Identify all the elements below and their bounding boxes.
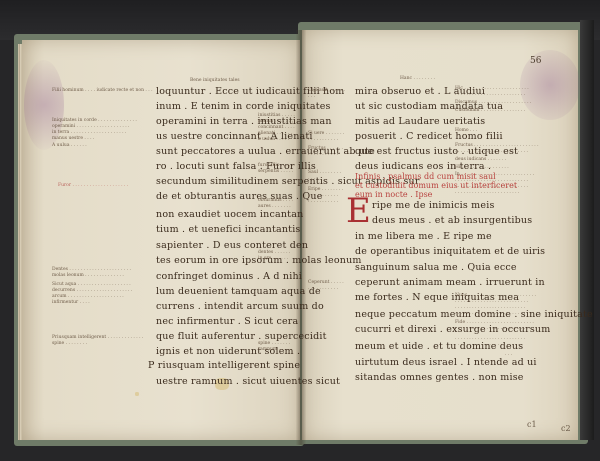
gloss: spine . . . . . . . . xyxy=(52,341,87,346)
gloss: ramnum . . . . . xyxy=(258,347,291,352)
gloss: . . . . . . . . . . . . . . . . . . . . … xyxy=(455,190,519,195)
gloss: In . . . . . . . . . . . . . . . . . . .… xyxy=(455,172,534,177)
text-line: ripe me de inimicis meis xyxy=(372,200,495,211)
gloss: . . . . . . . . . . . xyxy=(308,199,338,204)
text-line: currens . intendit arcum suum do xyxy=(156,301,324,312)
text-line: lum deuenient tamquam aqua de xyxy=(156,286,321,297)
right-cover-edge xyxy=(580,20,594,440)
gloss: Sicut aqua . . . . . . . . . . . . . . .… xyxy=(52,282,131,287)
gloss: obturantis . . . . xyxy=(258,198,293,203)
gloss: Hic . . . . . . . . . . . . . . . . xyxy=(455,165,509,170)
gloss: Eripe . . . . . . . . xyxy=(308,187,343,192)
gloss: . . . xyxy=(308,176,315,181)
text-line: P riusquam intelligerent spine xyxy=(148,360,300,371)
gloss: in ore . . . . . . xyxy=(258,256,288,261)
gloss: manus uestre . . . . xyxy=(52,136,94,141)
text-line: uirtutum deus israel . I ntende ad ui xyxy=(355,357,537,368)
gloss: Hanc . . . . . . . . xyxy=(400,76,435,81)
gloss: . . . . . . . . . . . . . . . . . . . . … xyxy=(455,311,525,316)
gloss: . . . . . . . . . . . . . . . . . . . . … xyxy=(455,336,525,341)
gloss: Furor . . . . . . . . . . . . . . . . . … xyxy=(58,183,128,188)
gloss: . . . . . . . . . . . xyxy=(308,137,338,142)
gloss: Nunc . . . . . . . . . . . . . . . . . .… xyxy=(455,293,536,298)
gloss: operamini . . . . . . . . . . . . . . . … xyxy=(52,124,130,129)
gloss: Dentes . . . . . . . . . . . . . . . . .… xyxy=(52,267,131,272)
gloss: Priusquam intelligerent . . . . . . . . … xyxy=(52,335,143,340)
gloss: . . . . . . . . . . . . . . . . . . . . … xyxy=(455,326,525,331)
text-line: confringet dominus . A d nihi xyxy=(156,271,302,282)
text-line: posuerit . C redicet homo filii xyxy=(355,131,503,142)
gloss: Discamus . . . . . . . . . . . . . . . .… xyxy=(455,100,531,105)
gloss: . . . . . . . . . . . xyxy=(308,286,338,291)
gloss: Filii hominum . . . . iudicate recte et … xyxy=(52,88,153,93)
gloss: Saul . . . . . . . . xyxy=(308,170,341,175)
gloss: Bene iniquitates tales xyxy=(190,78,240,83)
text-line: mitis ad Laudare ueritatis xyxy=(355,116,485,127)
gloss: . . . . . . . . . . . . . . . . . . . . … xyxy=(455,305,525,310)
text-line: operamini in terra . iniustitias man xyxy=(156,116,332,127)
gloss: Si uere . . . . . . . xyxy=(308,131,344,136)
text-line: de operantibus iniquitatem et de uiris xyxy=(355,246,545,257)
text-line: in me libera me . E ripe me xyxy=(355,231,492,242)
gloss: Iniquitates in corde . . . . . . . . . .… xyxy=(52,118,137,123)
corner-mark: c2 xyxy=(561,424,571,433)
gloss: Fructus . . . . . . . . . . . . . . . . … xyxy=(455,143,539,148)
gloss: spine . . . . . . . xyxy=(258,341,290,346)
text-line: non exaudiet uocem incantan xyxy=(156,209,303,220)
text-line: deus meus . et ab insurgentibus xyxy=(372,215,532,226)
gloss: manus . . . . . . . xyxy=(258,119,293,124)
gloss: . . . . . . . . . . . . . . . . . . . . … xyxy=(455,92,525,97)
gloss: a uulua . . . . . xyxy=(258,137,289,142)
vellum-spot xyxy=(135,392,139,396)
gloss: . . . . . . . . . . . xyxy=(308,152,338,157)
gloss: alienati . . . . . . xyxy=(258,131,292,136)
gloss: serpentis . . . . . xyxy=(258,169,293,174)
gloss: . . . . . . . . . . . . . . . . . . . . … xyxy=(455,178,528,183)
decorated-initial: E xyxy=(346,194,371,228)
gloss: aures . . . . . . . xyxy=(258,204,291,209)
text-line: sanguinum salua me . Quia ecce xyxy=(355,262,517,273)
gloss: Uigilauit . . . . . . xyxy=(308,88,345,93)
text-line: uestre ramnum . sicut uiuentes sicut xyxy=(156,376,340,387)
gloss: . . . . . . . . . . . . . . . . . . . . … xyxy=(455,342,522,347)
gloss: Fide . . . . . . . . . . . . . . . . . .… xyxy=(455,320,534,325)
gloss: . . . . . . . . . . . . . . . . . . . . … xyxy=(455,149,528,154)
gloss: Fructus . . . . . . xyxy=(308,146,343,151)
purple-stain-right xyxy=(520,50,580,120)
gloss: arcum . . . . . . . . . . . . . . . . . … xyxy=(52,294,124,299)
folio-number: 56 xyxy=(530,56,541,66)
gloss: Custodiam . . . . . . . . . . . . . . . … xyxy=(455,108,525,113)
text-line: ceperunt animam meam . irruerunt in xyxy=(355,277,545,288)
text-line: tium . et uenefici incantantis xyxy=(156,224,301,235)
text-line: sitandas omnes gentes . non mise xyxy=(355,372,524,383)
gloss: concinnant . . . . xyxy=(258,125,295,130)
text-line: de et obturantis aures suas . Que xyxy=(156,191,323,202)
gloss: . . . xyxy=(505,352,512,357)
gloss: . . . . . . . . . . . . . . . . . . . . … xyxy=(455,299,528,304)
text-line: inum . E tenim in corde iniquitates xyxy=(156,101,331,112)
gloss: decurrens . . . . . . . . . . . . . . . … xyxy=(52,288,132,293)
gloss: . . . . . . . . . . . xyxy=(308,193,338,198)
gloss: iniustitias . . . . . xyxy=(258,113,295,118)
gloss: . . . . . . . . . . . . . . . . . . . . … xyxy=(455,184,528,189)
gloss: dentes . . . . . . xyxy=(258,250,290,255)
gloss: infirmentur . . . . xyxy=(52,300,90,305)
gloss: molas leonum . . . . . . . . . . . . . . xyxy=(52,273,124,278)
text-line: que fluit auferentur . supercecidit xyxy=(156,331,327,342)
text-line: nec infirmentur . S icut cera xyxy=(156,316,298,327)
gloss: Ceperunt . . . . . xyxy=(308,280,344,285)
gloss: deus iudicans . . . . . . . xyxy=(455,157,506,162)
gloss: . . . xyxy=(308,94,315,99)
gloss: furor illis . . . . . xyxy=(258,163,293,168)
manuscript-photo: Bene iniquitates tales loquuntur . Ecce … xyxy=(0,0,600,461)
gloss: in terra . . . . . . . . . . . . . . . .… xyxy=(52,130,126,135)
gloss: Hic . . . . . . . . . . . . . . . . . . … xyxy=(455,86,529,91)
gloss: A uulua . . . . . . xyxy=(52,143,87,148)
gloss: Homo . . . xyxy=(455,128,477,133)
corner-mark: c1 xyxy=(527,420,537,429)
